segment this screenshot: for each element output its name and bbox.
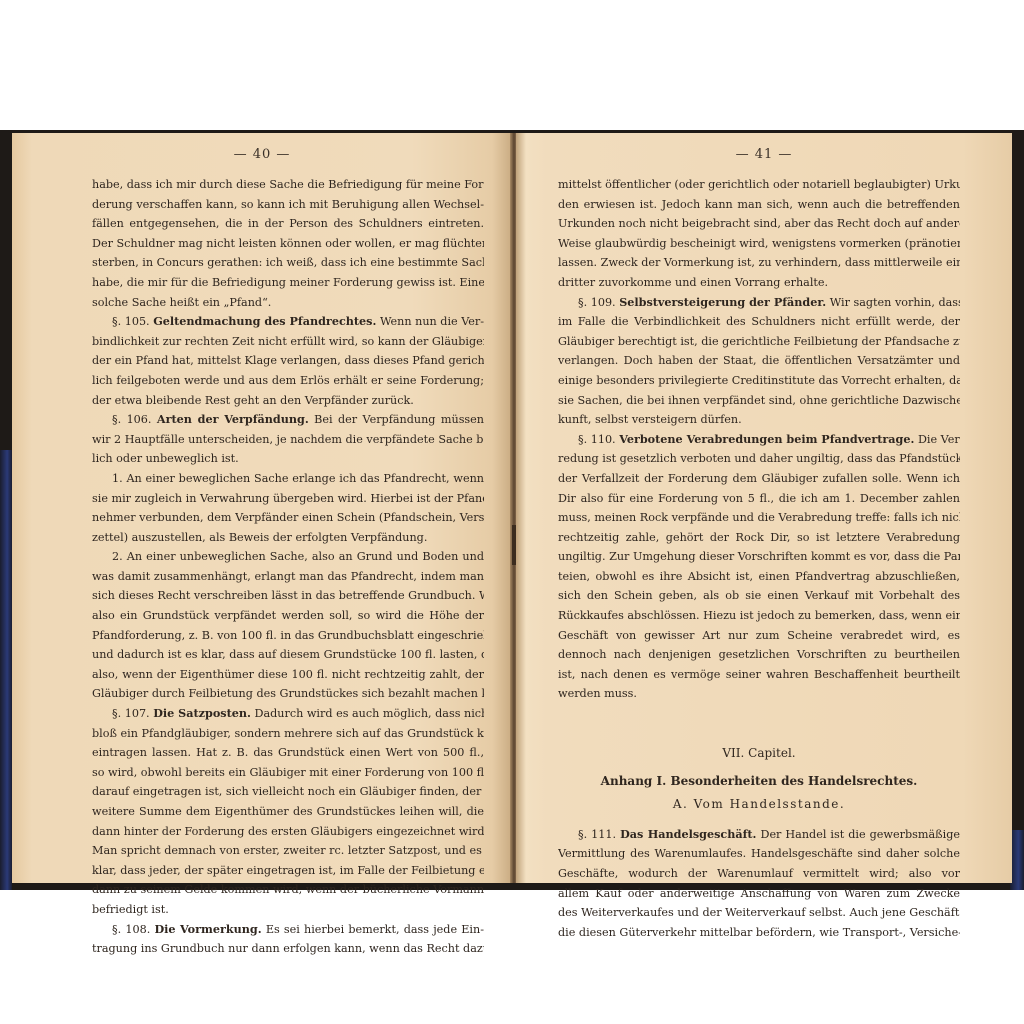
text-line: also, wenn der Eigenthümer diese 100 fl.… — [92, 665, 484, 685]
section-heading: A. Vom Handelsstande. — [558, 795, 960, 815]
section-109-heading-line: §. 109. Selbstversteigerung der Pfänder.… — [558, 293, 960, 313]
list-item-1: 1. An einer beweglichen Sache erlange ic… — [92, 469, 484, 489]
text-line: zettel) auszustellen, als Beweis der erf… — [92, 528, 484, 548]
text-line: den erwiesen ist. Jedoch kann man sich, … — [558, 195, 960, 215]
section-number: §. 107. — [112, 707, 150, 720]
right-page: — 41 — mittelst öffentlicher (oder geric… — [516, 133, 1012, 883]
section-111-heading-line: §. 111. Das Handelsgeschäft. Der Handel … — [558, 825, 960, 845]
section-106-heading-line: §. 106. Arten der Verpfändung. Bei der V… — [92, 410, 484, 430]
text-line: sich dieses Recht verschreiben lässt in … — [92, 586, 484, 606]
text-line: befriedigt ist. — [92, 900, 484, 920]
section-number: §. 109. — [578, 296, 616, 309]
text-line: was damit zusammenhängt, erlangt man das… — [92, 567, 484, 587]
text-line: Man spricht demnach von erster, zweiter … — [92, 841, 484, 861]
text-line: des Weiterverkaufes und der Weiterverkau… — [558, 903, 960, 923]
text-line: dennoch nach denjenigen gesetzlichen Vor… — [558, 645, 960, 665]
section-number: §. 106. — [112, 413, 151, 426]
text-line: der etwa bleibende Rest geht an den Verp… — [92, 391, 484, 411]
text-line: Der Schuldner mag nicht leisten können o… — [92, 234, 484, 254]
section-title: Das Handelsgeschäft. — [620, 827, 756, 841]
text-fragment: Wir sagten vorhin, dass — [830, 296, 960, 309]
section-108-heading-line: §. 108. Die Vormerkung. Es sei hierbei b… — [92, 920, 484, 940]
text-line: lich feilgeboten werde und aus dem Erlös… — [92, 371, 484, 391]
text-fragment: Die Verab- — [918, 433, 960, 446]
text-line: Rückkaufes abschlössen. Hiezu ist jedoch… — [558, 606, 960, 626]
text-line: Dir also für eine Forderung von 5 fl., d… — [558, 489, 960, 509]
text-line: lich oder unbeweglich ist. — [92, 449, 484, 469]
text-line: sich den Schein geben, als ob sie einen … — [558, 586, 960, 606]
page-body: habe, dass ich mir durch diese Sache die… — [92, 175, 484, 959]
section-110-heading-line: §. 110. Verbotene Verabredungen beim Pfa… — [558, 430, 960, 450]
section-number: §. 108. — [112, 923, 150, 936]
section-number: §. 110. — [578, 433, 616, 446]
section-title: Die Satzposten. — [153, 706, 251, 720]
text-line: im Falle die Verbindlichkeit des Schuldn… — [558, 312, 960, 332]
text-line: werden muss. — [558, 684, 960, 704]
text-line: kunft, selbst versteigern dürfen. — [558, 410, 960, 430]
appendix-heading: Anhang I. Besonderheiten des Handelsrech… — [558, 772, 960, 792]
text-line: klar, dass jeder, der später eingetragen… — [92, 861, 484, 881]
text-line: verlangen. Doch haben der Staat, die öff… — [558, 351, 960, 371]
section-number: §. 105. — [112, 315, 150, 328]
text-line: derung verschaffen kann, so kann ich mit… — [92, 195, 484, 215]
text-line: mittelst öffentlicher (oder gerichtlich … — [558, 175, 960, 195]
text-line: also ein Grundstück verpfändet werden so… — [92, 606, 484, 626]
text-line: darauf eingetragen ist, sich vielleicht … — [92, 782, 484, 802]
text-line: rechtzeitig zahle, gehört der Rock Dir, … — [558, 528, 960, 548]
book-cover-edge — [0, 450, 12, 890]
text-line: solche Sache heißt ein „Pfand“. — [92, 293, 484, 313]
text-line: der ein Pfand hat, mittelst Klage verlan… — [92, 351, 484, 371]
text-fragment: Bei der Verpfändung müssen — [314, 413, 484, 426]
text-line: sterben, in Concurs gerathen: ich weiß, … — [92, 253, 484, 273]
text-line: dritter zuvorkomme und einen Vorrang erh… — [558, 273, 960, 293]
text-line: fällen entgegensehen, die in der Person … — [92, 214, 484, 234]
text-line: dann hinter der Forderung des ersten Glä… — [92, 822, 484, 842]
text-fragment: Dadurch wird es auch möglich, dass nicht — [254, 707, 484, 720]
page-number: — 41 — — [516, 147, 1012, 167]
text-line: lassen. Zweck der Vormerkung ist, zu ver… — [558, 253, 960, 273]
spacer — [558, 704, 960, 730]
book-cover-edge — [1010, 830, 1024, 890]
text-line: eintragen lassen. Hat z. B. das Grundstü… — [92, 743, 484, 763]
page-body: mittelst öffentlicher (oder gerichtlich … — [558, 175, 960, 942]
text-line: muss, meinen Rock verpfände und die Vera… — [558, 508, 960, 528]
text-fragment: Wenn nun die Ver- — [380, 315, 484, 328]
section-105-heading-line: §. 105. Geltendmachung des Pfandrechtes.… — [92, 312, 484, 332]
text-line: Urkunden noch nicht beigebracht sind, ab… — [558, 214, 960, 234]
text-line: so wird, obwohl bereits ein Gläubiger mi… — [92, 763, 484, 783]
left-page: — 40 — habe, dass ich mir durch diese Sa… — [12, 133, 512, 883]
section-title: Arten der Verpfändung. — [157, 412, 309, 426]
text-fragment: Es sei hierbei bemerkt, dass jede Ein- — [266, 923, 484, 936]
text-line: sie Sachen, die bei ihnen verpfändet sin… — [558, 391, 960, 411]
text-line: wir 2 Hauptfälle unterscheiden, je nachd… — [92, 430, 484, 450]
text-line: der Verfallzeit der Forderung dem Gläubi… — [558, 469, 960, 489]
text-line: redung ist gesetzlich verboten und daher… — [558, 449, 960, 469]
text-line: Gläubiger berechtigt ist, die gerichtlic… — [558, 332, 960, 352]
text-line: Vermittlung des Warenumlaufes. Handelsge… — [558, 844, 960, 864]
text-line: nehmer verbunden, dem Verpfänder einen S… — [92, 508, 484, 528]
text-line: habe, dass ich mir durch diese Sache die… — [92, 175, 484, 195]
section-title: Geltendmachung des Pfandrechtes. — [153, 314, 376, 328]
section-title: Verbotene Verabredungen beim Pfandvertra… — [619, 432, 914, 446]
text-line: weitere Summe dem Eigenthümer des Grunds… — [92, 802, 484, 822]
text-line: bloß ein Pfandgläubiger, sondern mehrere… — [92, 724, 484, 744]
text-line: allem Kauf oder anderweitige Anschaffung… — [558, 884, 960, 904]
text-line: die diesen Güterverkehr mittelbar beförd… — [558, 923, 960, 943]
list-item-2: 2. An einer unbeweglichen Sache, also an… — [92, 547, 484, 567]
text-line: Gläubiger durch Feilbietung des Grundstü… — [92, 684, 484, 704]
text-line: Pfandforderung, z. B. von 100 fl. in das… — [92, 626, 484, 646]
text-line: einige besonders privilegierte Creditins… — [558, 371, 960, 391]
text-line: habe, die mir für die Befriedigung meine… — [92, 273, 484, 293]
section-title: Die Vormerkung. — [154, 922, 261, 936]
text-line: Geschäft von gewisser Art nur zum Schein… — [558, 626, 960, 646]
chapter-heading: VII. Capitel. — [558, 744, 960, 764]
section-107-heading-line: §. 107. Die Satzposten. Dadurch wird es … — [92, 704, 484, 724]
text-line: Geschäfte, wodurch der Warenumlauf vermi… — [558, 864, 960, 884]
section-number: §. 111. — [578, 828, 616, 841]
page-number: — 40 — — [12, 147, 512, 167]
text-line: Weise glaubwürdig bescheinigt wird, weni… — [558, 234, 960, 254]
text-line: und dadurch ist es klar, dass auf diesem… — [92, 645, 484, 665]
text-line: bindlichkeit zur rechten Zeit nicht erfü… — [92, 332, 484, 352]
text-line: teien, obwohl es ihre Absicht ist, einen… — [558, 567, 960, 587]
text-line: ungiltig. Zur Umgehung dieser Vorschrift… — [558, 547, 960, 567]
text-line: dann zu seinem Gelde kommen wird, wenn d… — [92, 880, 484, 900]
text-line: ist, nach denen es vermöge seiner wahren… — [558, 665, 960, 685]
open-book: — 40 — habe, dass ich mir durch diese Sa… — [0, 130, 1024, 890]
section-title: Selbstversteigerung der Pfänder. — [619, 295, 826, 309]
text-line: tragung ins Grundbuch nur dann erfolgen … — [92, 939, 484, 959]
text-fragment: Der Handel ist die gewerbsmäßige — [760, 828, 960, 841]
text-line: sie mir zugleich in Verwahrung übergeben… — [92, 489, 484, 509]
spacer — [558, 815, 960, 825]
